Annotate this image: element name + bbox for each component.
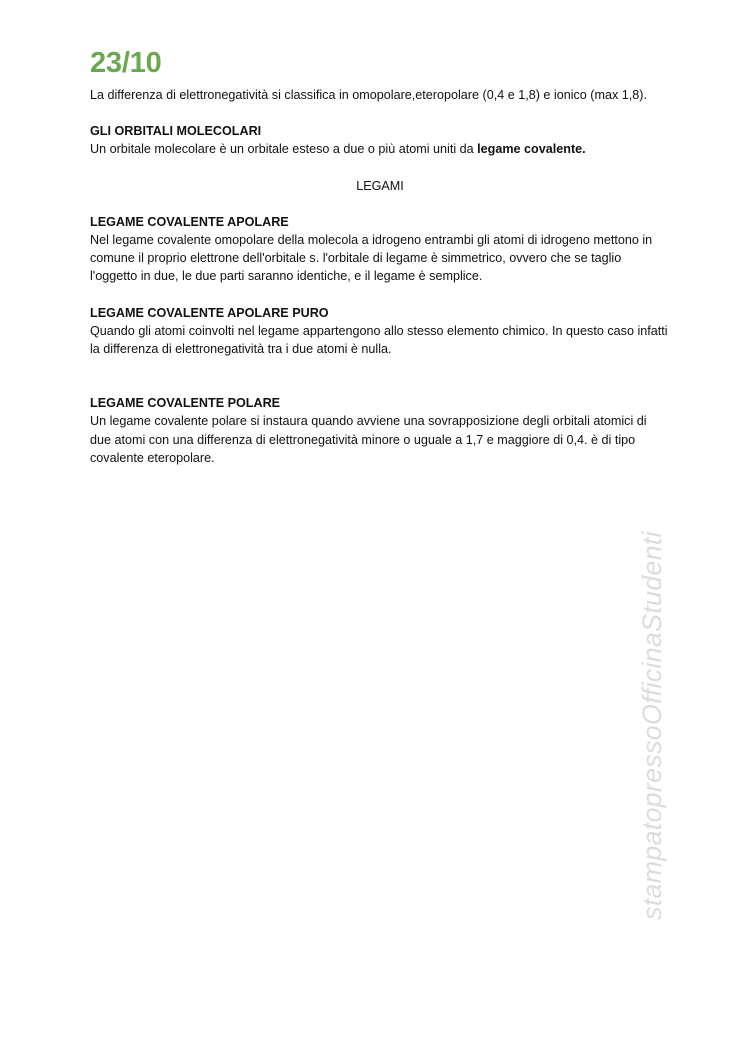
spacer: [90, 104, 670, 122]
watermark-text: stampatopressoOfficinaStudenti: [637, 531, 668, 920]
section-heading: LEGAME COVALENTE APOLARE PURO: [90, 304, 670, 322]
section-body: Un legame covalente polare si instaura q…: [90, 412, 670, 467]
section-heading: GLI ORBITALI MOLECOLARI: [90, 122, 670, 140]
spacer: [90, 159, 670, 177]
section-orbitali-molecolari: GLI ORBITALI MOLECOLARI Un orbitale mole…: [90, 122, 670, 158]
section-heading: LEGAME COVALENTE APOLARE: [90, 213, 670, 231]
section-body: Nel legame covalente omopolare della mol…: [90, 231, 670, 286]
section-body-text: Un orbitale molecolare è un orbitale est…: [90, 142, 477, 156]
center-heading-legami: LEGAMI: [90, 177, 670, 195]
section-covalente-apolare: LEGAME COVALENTE APOLARE Nel legame cova…: [90, 213, 670, 286]
section-covalente-apolare-puro: LEGAME COVALENTE APOLARE PURO Quando gli…: [90, 304, 670, 359]
section-heading: LEGAME COVALENTE POLARE: [90, 394, 670, 412]
spacer: [90, 358, 670, 394]
intro-paragraph: La differenza di elettronegatività si cl…: [90, 86, 670, 104]
section-body: Un orbitale molecolare è un orbitale est…: [90, 140, 670, 158]
document-page: 23/10 La differenza di elettronegatività…: [90, 44, 670, 467]
section-covalente-polare: LEGAME COVALENTE POLARE Un legame covale…: [90, 394, 670, 467]
spacer: [90, 195, 670, 213]
section-body-bold: legame covalente.: [477, 142, 586, 156]
spacer: [90, 286, 670, 304]
section-body: Quando gli atomi coinvolti nel legame ap…: [90, 322, 670, 358]
page-title: 23/10: [90, 44, 670, 82]
